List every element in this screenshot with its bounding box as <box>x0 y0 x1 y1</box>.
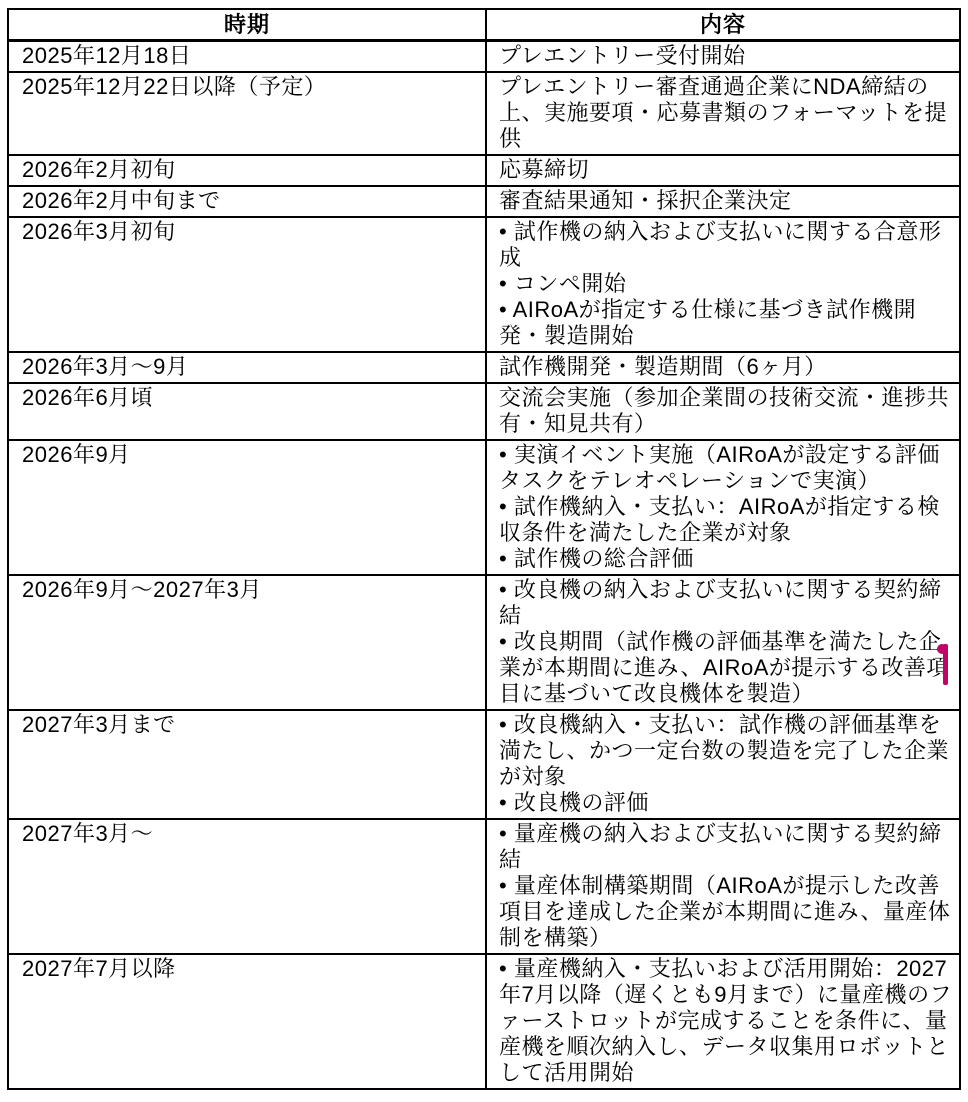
content-paragraph: プレエントリー受付開始 <box>499 43 953 69</box>
content-cell[interactable]: プレエントリー審査通過企業にNDA締結の上、実施要項・応募書類のフォーマットを提… <box>486 72 960 155</box>
period-cell[interactable]: 2026年3月初旬 <box>8 217 486 352</box>
content-cell[interactable]: 交流会実施（参加企業間の技術交流・進捗共有・知見共有） <box>486 383 960 440</box>
period-cell[interactable]: 2025年12月22日以降（予定） <box>8 72 486 155</box>
content-paragraph: • 量産機納入・支払いおよび活用開始：2027年7月以降（遅くとも9月まで）に量… <box>499 956 953 1086</box>
content-paragraph: • 試作機の総合評価 <box>499 546 953 572</box>
content-paragraph: • AIRoAが指定する仕様に基づき試作機開発・製造開始 <box>499 297 953 349</box>
period-cell[interactable]: 2026年9月〜2027年3月 <box>8 575 486 710</box>
content-paragraph: • 改良機の評価 <box>499 790 953 816</box>
content-paragraph: • 試作機の納入および支払いに関する合意形成 <box>499 219 953 271</box>
table-row: 2025年12月18日 プレエントリー受付開始 <box>8 41 960 73</box>
document-page: 時期 内容 2025年12月18日 プレエントリー受付開始 2025年12月22… <box>0 0 968 1102</box>
content-paragraph: • 改良機納入・支払い：試作機の評価基準を満たし、かつ一定台数の製造を完了した企… <box>499 712 953 790</box>
content-cell[interactable]: • 試作機の納入および支払いに関する合意形成• コンペ開始• AIRoAが指定す… <box>486 217 960 352</box>
content-cell[interactable]: • 改良機の納入および支払いに関する契約締結• 改良期間（試作機の評価基準を満た… <box>486 575 960 710</box>
schedule-table: 時期 内容 2025年12月18日 プレエントリー受付開始 2025年12月22… <box>7 8 961 1090</box>
table-row: 2026年9月 • 実演イベント実施（AIRoAが設定する評価タスクをテレオペレ… <box>8 440 960 575</box>
column-header-content: 内容 <box>486 9 960 41</box>
period-cell[interactable]: 2025年12月18日 <box>8 41 486 73</box>
content-cell[interactable]: プレエントリー受付開始 <box>486 41 960 73</box>
content-cell[interactable]: 応募締切 <box>486 155 960 186</box>
table-row: 2026年3月〜9月 試作機開発・製造期間（6ヶ月） <box>8 352 960 383</box>
table-row: 2026年6月頃 交流会実施（参加企業間の技術交流・進捗共有・知見共有） <box>8 383 960 440</box>
period-cell[interactable]: 2026年3月〜9月 <box>8 352 486 383</box>
content-cell[interactable]: 試作機開発・製造期間（6ヶ月） <box>486 352 960 383</box>
content-paragraph: • 改良機の納入および支払いに関する契約締結 <box>499 577 953 629</box>
content-paragraph: 試作機開発・製造期間（6ヶ月） <box>499 354 953 380</box>
period-cell[interactable]: 2027年7月以降 <box>8 954 486 1089</box>
content-paragraph: 審査結果通知・採択企業決定 <box>499 188 953 214</box>
table-row: 2027年3月まで • 改良機納入・支払い：試作機の評価基準を満たし、かつ一定台… <box>8 710 960 819</box>
content-paragraph: • 実演イベント実施（AIRoAが設定する評価タスクをテレオペレーションで実演） <box>499 442 953 494</box>
content-paragraph: • コンペ開始 <box>499 271 953 297</box>
table-row: 2025年12月22日以降（予定） プレエントリー審査通過企業にNDA締結の上、… <box>8 72 960 155</box>
content-paragraph: • 試作機納入・支払い：AIRoAが指定する検収条件を満たした企業が対象 <box>499 494 953 546</box>
content-cell[interactable]: • 改良機納入・支払い：試作機の評価基準を満たし、かつ一定台数の製造を完了した企… <box>486 710 960 819</box>
table-row: 2026年2月中旬まで 審査結果通知・採択企業決定 <box>8 186 960 217</box>
content-cell[interactable]: 審査結果通知・採択企業決定 <box>486 186 960 217</box>
table-row: 2027年3月〜 • 量産機の納入および支払いに関する契約締結• 量産体制構築期… <box>8 819 960 954</box>
content-paragraph: 交流会実施（参加企業間の技術交流・進捗共有・知見共有） <box>499 385 953 437</box>
period-cell[interactable]: 2026年2月中旬まで <box>8 186 486 217</box>
table-row: 2026年2月初旬 応募締切 <box>8 155 960 186</box>
table-row: 2026年9月〜2027年3月 • 改良機の納入および支払いに関する契約締結• … <box>8 575 960 710</box>
content-paragraph: • 量産体制構築期間（AIRoAが提示した改善項目を達成した企業が本期間に進み、… <box>499 873 953 951</box>
period-cell[interactable]: 2027年3月まで <box>8 710 486 819</box>
content-cell[interactable]: • 量産機納入・支払いおよび活用開始：2027年7月以降（遅くとも9月まで）に量… <box>486 954 960 1089</box>
period-cell[interactable]: 2027年3月〜 <box>8 819 486 954</box>
period-cell[interactable]: 2026年2月初旬 <box>8 155 486 186</box>
content-paragraph: • 改良期間（試作機の評価基準を満たした企業が本期間に進み、AIRoAが提示する… <box>499 629 953 707</box>
header-row: 時期 内容 <box>8 9 960 41</box>
content-paragraph: • 量産機の納入および支払いに関する契約締結 <box>499 821 953 873</box>
content-paragraph: 応募締切 <box>499 157 953 183</box>
period-cell[interactable]: 2026年6月頃 <box>8 383 486 440</box>
content-cell[interactable]: • 量産機の納入および支払いに関する契約締結• 量産体制構築期間（AIRoAが提… <box>486 819 960 954</box>
period-cell[interactable]: 2026年9月 <box>8 440 486 575</box>
table-row: 2026年3月初旬 • 試作機の納入および支払いに関する合意形成• コンペ開始•… <box>8 217 960 352</box>
table-row: 2027年7月以降 • 量産機納入・支払いおよび活用開始：2027年7月以降（遅… <box>8 954 960 1089</box>
content-cell[interactable]: • 実演イベント実施（AIRoAが設定する評価タスクをテレオペレーションで実演）… <box>486 440 960 575</box>
column-header-period: 時期 <box>8 9 486 41</box>
content-paragraph: プレエントリー審査通過企業にNDA締結の上、実施要項・応募書類のフォーマットを提… <box>499 74 953 152</box>
